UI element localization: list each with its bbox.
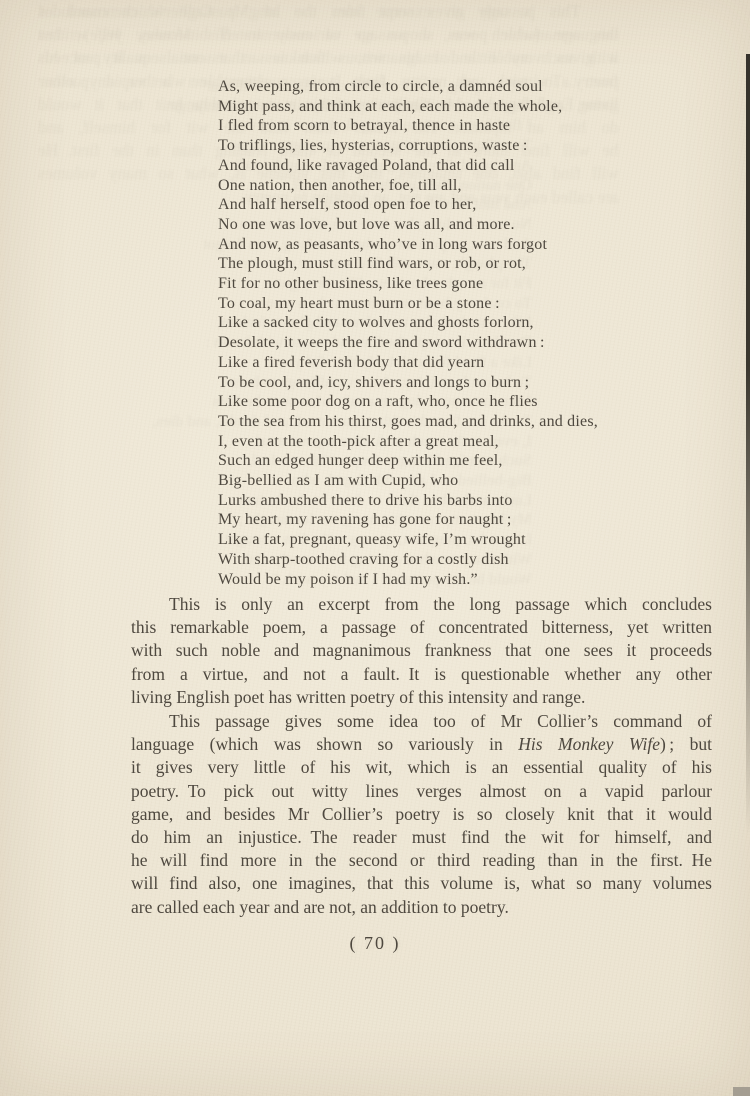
paragraph-line: do him an injustice. The reader must fin…	[131, 826, 712, 849]
paragraph-2: This passage gives some idea too of Mr C…	[131, 710, 712, 919]
paragraph-line: language (which was shown so variously i…	[131, 733, 712, 756]
poem-line: With sharp-toothed craving for a costly …	[218, 550, 598, 570]
paragraph-line: game, and besides Mr Collier’s poetry is…	[131, 803, 712, 826]
poem-line: Desolate, it weeps the fire and sword wi…	[218, 333, 598, 353]
poem-line: And now, as peasants, who’ve in long war…	[218, 235, 598, 255]
book-page-scan: As, weeping, from circle to circle, a da…	[0, 0, 750, 1096]
poem-line: Like a sacked city to wolves and ghosts …	[218, 313, 598, 333]
poem-line: Would be my poison if I had my wish.”	[218, 570, 598, 590]
poem-line: And half herself, stood open foe to her,	[218, 195, 598, 215]
page-content: As, weeping, from circle to circle, a da…	[0, 0, 750, 1096]
page-number: ( 70 )	[0, 933, 750, 954]
poem-line: To the sea from his thirst, goes mad, an…	[218, 412, 598, 432]
paragraph-1: This is only an excerpt from the long pa…	[131, 593, 712, 709]
paragraph-line: This passage gives some idea too of Mr C…	[131, 710, 712, 733]
paragraph-line: he will find more in the second or third…	[131, 849, 712, 872]
paragraph-line: will find also, one imagines, that this …	[131, 872, 712, 895]
paragraph-line: with such noble and magnanimous franknes…	[131, 639, 712, 662]
poem-line: Such an edged hunger deep within me feel…	[218, 451, 598, 471]
poem-line: My heart, my ravening has gone for naugh…	[218, 510, 598, 530]
scan-edge-shadow	[746, 54, 750, 834]
poem-line: To triflings, lies, hysterias, corruptio…	[218, 136, 598, 156]
poem-line: No one was love, but love was all, and m…	[218, 215, 598, 235]
poem-line: One nation, then another, foe, till all,	[218, 176, 598, 196]
poem-line: And found, like ravaged Poland, that did…	[218, 156, 598, 176]
poem-block: As, weeping, from circle to circle, a da…	[218, 77, 598, 589]
poem-line: To coal, my heart must burn or be a ston…	[218, 294, 598, 314]
poem-line: Big-bellied as I am with Cupid, who	[218, 471, 598, 491]
book-title-italic: His Monkey Wife	[518, 734, 660, 754]
paragraph-line: poetry. To pick out witty lines verges a…	[131, 780, 712, 803]
poem-line: Like a fired feverish body that did year…	[218, 353, 598, 373]
poem-line: As, weeping, from circle to circle, a da…	[218, 77, 598, 97]
poem-line: To be cool, and, icy, shivers and longs …	[218, 373, 598, 393]
poem-line: Might pass, and think at each, each made…	[218, 97, 598, 117]
paragraph-line: it gives very little of his wit, which i…	[131, 756, 712, 779]
paragraph-line: living English poet has written poetry o…	[131, 686, 712, 709]
poem-line: Like a fat, pregnant, queasy wife, I’m w…	[218, 530, 598, 550]
poem-line: The plough, must still find wars, or rob…	[218, 254, 598, 274]
poem-line: Like some poor dog on a raft, who, once …	[218, 392, 598, 412]
poem-line: Lurks ambushed there to drive his barbs …	[218, 491, 598, 511]
paragraph-line: this remarkable poem, a passage of conce…	[131, 616, 712, 639]
poem-line: I fled from scorn to betrayal, thence in…	[218, 116, 598, 136]
paragraph-line: from a virtue, and not a fault. It is qu…	[131, 663, 712, 686]
poem-line: Fit for no other business, like trees go…	[218, 274, 598, 294]
paragraph-line: are called each year and are not, an add…	[131, 896, 712, 919]
poem-line: I, even at the tooth-pick after a great …	[218, 432, 598, 452]
paragraph-line: This is only an excerpt from the long pa…	[131, 593, 712, 616]
scan-corner-artifact	[733, 1087, 750, 1096]
